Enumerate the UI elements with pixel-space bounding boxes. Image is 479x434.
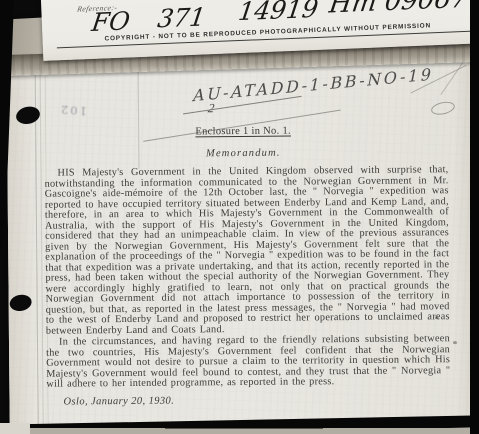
- faint-number-stamp: 102: [59, 103, 88, 119]
- memorandum-body: HIS Majesty's Government in the United K…: [44, 165, 450, 407]
- memorandum-title: Memorandum.: [147, 147, 339, 160]
- underlying-page-rule: [165, 428, 323, 429]
- underlying-page-corner: [0, 423, 30, 434]
- fold-line: [39, 50, 43, 434]
- handwritten-archive-code: AU-ATADD-1-BB-NO-19: [193, 65, 434, 106]
- handwritten-14919: 14919: [237, 0, 320, 26]
- memorandum-page: 102 AU-ATADD-1-BB-NO-19 2 Enclosure 1 in…: [6, 16, 474, 434]
- handwritten-file-number: Hm 09067: [327, 0, 469, 19]
- pencil-scribble: [430, 100, 456, 117]
- hole-punch: [14, 104, 41, 126]
- scan-edge-right: [470, 0, 479, 434]
- pencil-mark: [440, 60, 465, 95]
- hole-punch: [8, 293, 33, 313]
- paragraph: HIS Majesty's Government in the United K…: [44, 165, 449, 337]
- handwritten-371: 371: [156, 2, 208, 33]
- fold-line: [138, 69, 140, 169]
- enclosure-heading: Enclosure 1 in No. 1.: [147, 125, 339, 138]
- handwritten-fo: FO: [90, 6, 132, 37]
- scanned-document: 102 AU-ATADD-1-BB-NO-19 2 Enclosure 1 in…: [0, 0, 479, 434]
- dateline: Oslo, January 20, 1930.: [46, 393, 450, 408]
- paragraph: In the circumstances, and having regard …: [46, 334, 450, 390]
- ink-speck: [453, 341, 457, 344]
